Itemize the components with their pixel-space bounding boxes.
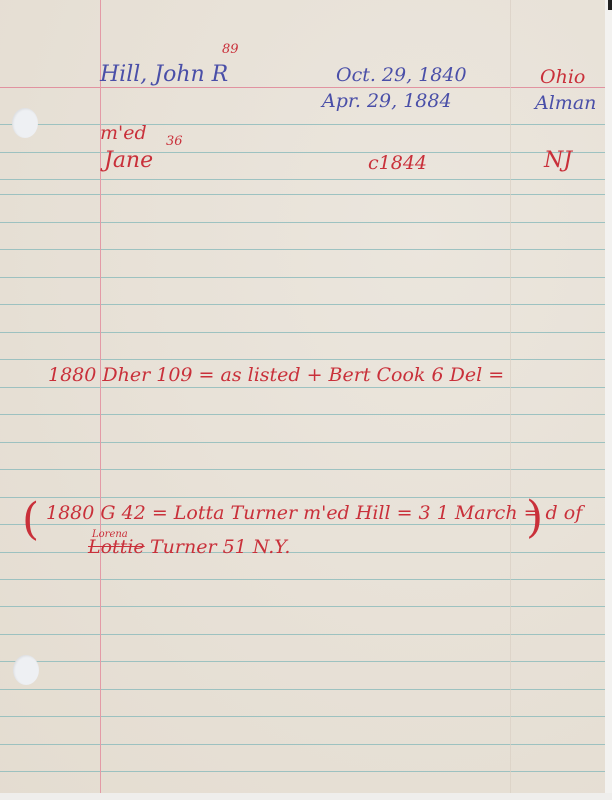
punch-hole bbox=[13, 655, 39, 685]
census-note-1880: 1880 Dher 109 = as listed + Bert Cook 6 … bbox=[48, 364, 504, 386]
death-place: Alman bbox=[535, 92, 596, 114]
scan-edge-right bbox=[605, 0, 612, 800]
birth-date: Oct. 29, 1840 bbox=[336, 64, 467, 86]
top-red-rule bbox=[0, 87, 605, 88]
scan-edge-bottom bbox=[0, 793, 612, 800]
close-paren: ) bbox=[526, 492, 543, 543]
rule-line bbox=[0, 606, 605, 607]
rule-line bbox=[0, 771, 605, 772]
rule-line bbox=[0, 414, 605, 415]
rule-line bbox=[0, 469, 605, 470]
rule-line bbox=[0, 249, 605, 250]
scan-artifact bbox=[608, 0, 612, 10]
rule-line bbox=[0, 524, 605, 525]
spouse-age: 36 bbox=[166, 134, 183, 149]
rule-line bbox=[0, 359, 605, 360]
rule-line bbox=[0, 304, 605, 305]
rule-line bbox=[0, 277, 605, 278]
census-note-line1: 1880 G 42 = Lotta Turner m'ed Hill = 3 1… bbox=[46, 502, 582, 524]
right-faint-line bbox=[510, 0, 511, 793]
rule-line bbox=[0, 497, 605, 498]
rule-line bbox=[0, 689, 605, 690]
husband-age: 89 bbox=[222, 42, 239, 57]
rule-line bbox=[0, 634, 605, 635]
rule-line bbox=[0, 222, 605, 223]
rule-line bbox=[0, 661, 605, 662]
left-margin-line bbox=[100, 0, 101, 793]
spouse-birth: c1844 bbox=[368, 152, 427, 174]
rule-line bbox=[0, 332, 605, 333]
birth-place: Ohio bbox=[540, 66, 585, 88]
husband-name: Hill, John R bbox=[100, 62, 228, 87]
struck-text: Lottie bbox=[88, 536, 145, 558]
rule-line bbox=[0, 387, 605, 388]
rule-line bbox=[0, 744, 605, 745]
notebook-page bbox=[0, 0, 605, 793]
spouse-place: NJ bbox=[544, 148, 572, 173]
death-date: Apr. 29, 1884 bbox=[322, 90, 452, 112]
rule-line bbox=[0, 716, 605, 717]
rule-line bbox=[0, 579, 605, 580]
census-note-line2: Turner 51 N.Y. bbox=[150, 536, 290, 558]
spouse-name: Jane bbox=[104, 148, 153, 173]
rule-line bbox=[0, 442, 605, 443]
rule-line bbox=[0, 179, 605, 180]
rule-line bbox=[0, 124, 605, 125]
married-label: m'ed bbox=[100, 122, 147, 144]
rule-line bbox=[0, 194, 605, 195]
rule-line bbox=[0, 152, 605, 153]
open-paren: ( bbox=[22, 494, 39, 545]
punch-hole bbox=[12, 108, 38, 138]
